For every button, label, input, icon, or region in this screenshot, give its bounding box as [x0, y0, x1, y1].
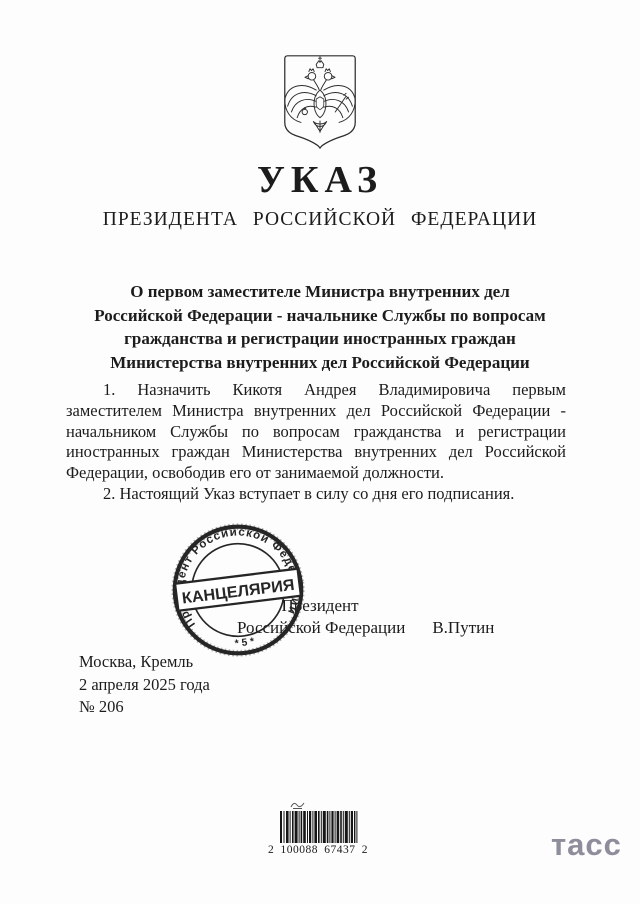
decree-title: УКАЗ — [0, 158, 640, 202]
body-paragraph-2: 2. Настоящий Указ вступает в силу со дня… — [66, 484, 566, 505]
tass-watermark: тасс — [551, 827, 622, 863]
barcode-digit: 100088 — [281, 844, 319, 856]
barcode-emblem-icon — [290, 799, 306, 810]
barcode-digit: 67437 — [324, 844, 355, 856]
subject-line: О первом заместителе Министра внутренних… — [0, 280, 640, 304]
body-line: 1. Назначить Кикотя Андрея Владимировича… — [66, 380, 566, 401]
footer-number: № 206 — [79, 696, 210, 719]
barcode-digit: 2 — [268, 844, 274, 856]
body-line: заместителем Министра внутренних дел Рос… — [66, 401, 566, 422]
decree-subtitle: ПРЕЗИДЕНТА РОССИЙСКОЙ ФЕДЕРАЦИИ — [0, 209, 640, 231]
signature-name: В.Путин — [432, 618, 494, 638]
barcode-digit: 2 — [362, 844, 368, 856]
body-line: иностранных граждан Министерства внутрен… — [66, 442, 566, 463]
subject-line: гражданства и регистрации иностранных гр… — [0, 327, 640, 351]
subject-line: Министерства внутренних дел Российской Ф… — [0, 351, 640, 375]
footer-date: 2 апреля 2025 года — [79, 674, 210, 697]
body-line: Федерации, освободив его от занимаемой д… — [66, 463, 566, 484]
barcode-digits: 2 100088 67437 2 — [268, 844, 368, 856]
body-line: начальником Службы по вопросам гражданст… — [66, 422, 566, 443]
decree-subject: О первом заместителе Министра внутренних… — [0, 280, 640, 374]
chancellery-stamp: Президент Российской Федерации * 5 * КАН… — [158, 510, 318, 670]
eagle-left-wing — [285, 86, 316, 123]
stamp-ring-number: * 5 * — [234, 637, 255, 650]
eagle-right-wing — [324, 86, 355, 123]
coat-of-arms-icon — [277, 52, 363, 151]
subject-line: Российской Федерации - начальнике Службы… — [0, 304, 640, 328]
decree-body: 1. Назначить Кикотя Андрея Владимировича… — [66, 380, 566, 505]
barcode-bars — [268, 811, 368, 843]
